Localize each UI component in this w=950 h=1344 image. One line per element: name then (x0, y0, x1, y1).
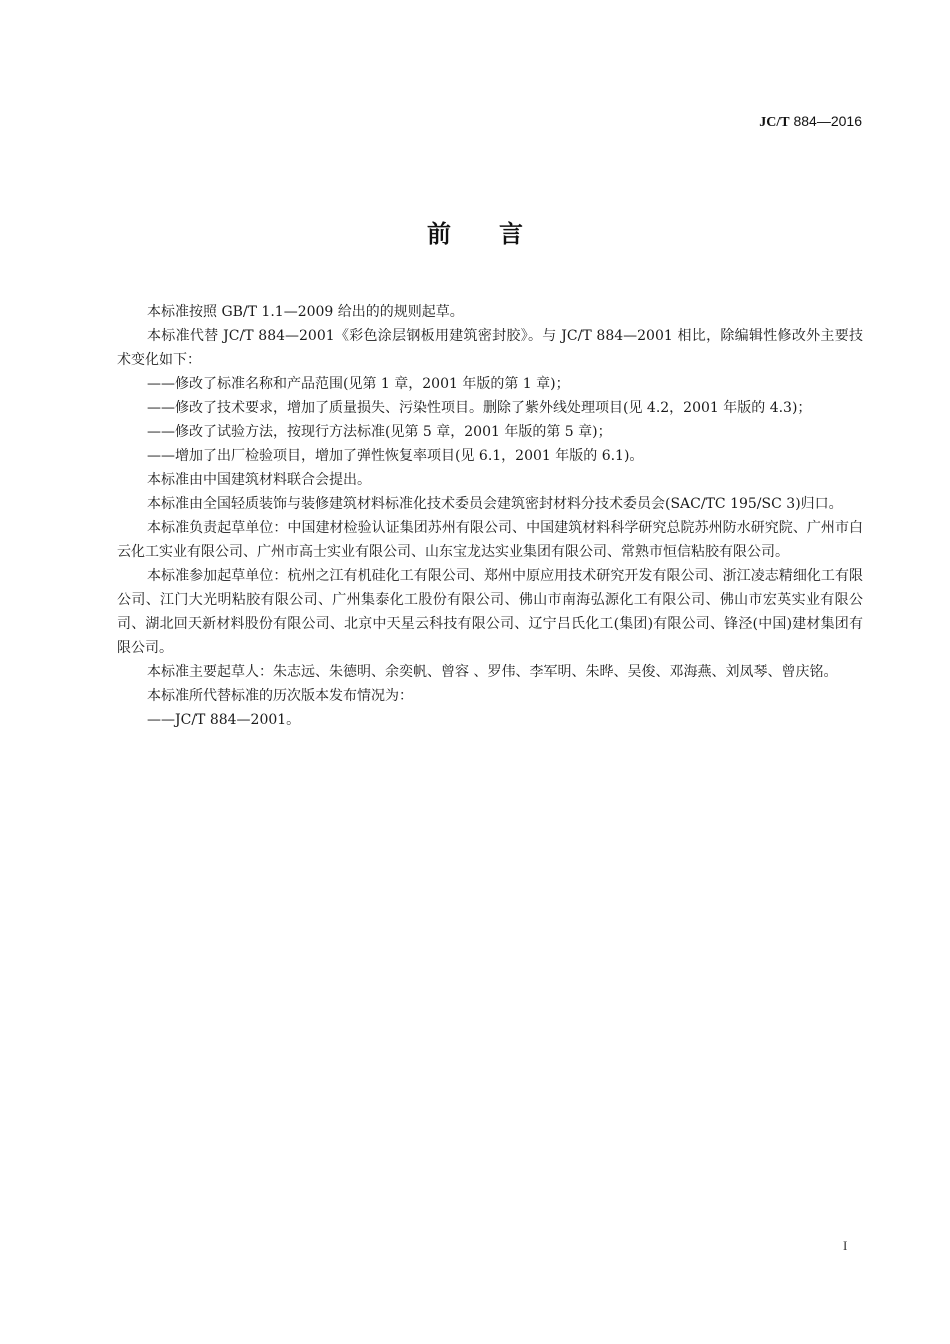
title-char-2: 言 (499, 214, 523, 249)
change-item: ——修改了技术要求，增加了质量损失、污染性项目。删除了紫外线处理项目(见 4.2… (117, 396, 863, 420)
paragraph-main-drafting-units: 本标准负责起草单位：中国建材检验认证集团苏州有限公司、中国建筑材料科学研究总院苏… (117, 516, 863, 564)
paragraph-drafting-rules: 本标准按照 GB/T 1.1—2009 给出的的规则起草。 (117, 300, 863, 324)
standard-code: JC/T 884—2016 (759, 113, 862, 131)
foreword-body: 本标准按照 GB/T 1.1—2009 给出的的规则起草。 本标准代替 JC/T… (117, 300, 863, 732)
paragraph-history-intro: 本标准所代替标准的历次版本发布情况为： (117, 684, 863, 708)
paragraph-main-drafters: 本标准主要起草人：朱志远、朱德明、余奕帆、曾容 、罗伟、李军明、朱晔、吴俊、邓海… (117, 660, 863, 684)
standard-code-prefix: JC/T (759, 115, 789, 130)
title-char-1: 前 (427, 214, 451, 249)
page-title: 前言 (0, 214, 950, 249)
change-item: ——修改了试验方法，按现行方法标准(见第 5 章，2001 年版的第 5 章)； (117, 420, 863, 444)
paragraph-administered-by: 本标准由全国轻质装饰与装修建筑材料标准化技术委员会建筑密封材料分技术委员会(SA… (117, 492, 863, 516)
page-number: I (843, 1238, 847, 1254)
paragraph-replaces: 本标准代替 JC/T 884—2001《彩色涂层钢板用建筑密封胶》。与 JC/T… (117, 324, 863, 372)
paragraph-participating-units: 本标准参加起草单位：杭州之江有机硅化工有限公司、郑州中原应用技术研究开发有限公司… (117, 564, 863, 660)
history-item: ——JC/T 884—2001。 (117, 708, 863, 732)
paragraph-proposed-by: 本标准由中国建筑材料联合会提出。 (117, 468, 863, 492)
standard-code-number: 884—2016 (790, 113, 862, 129)
change-item: ——增加了出厂检验项目，增加了弹性恢复率项目(见 6.1，2001 年版的 6.… (117, 444, 863, 468)
change-item: ——修改了标准名称和产品范围(见第 1 章，2001 年版的第 1 章)； (117, 372, 863, 396)
